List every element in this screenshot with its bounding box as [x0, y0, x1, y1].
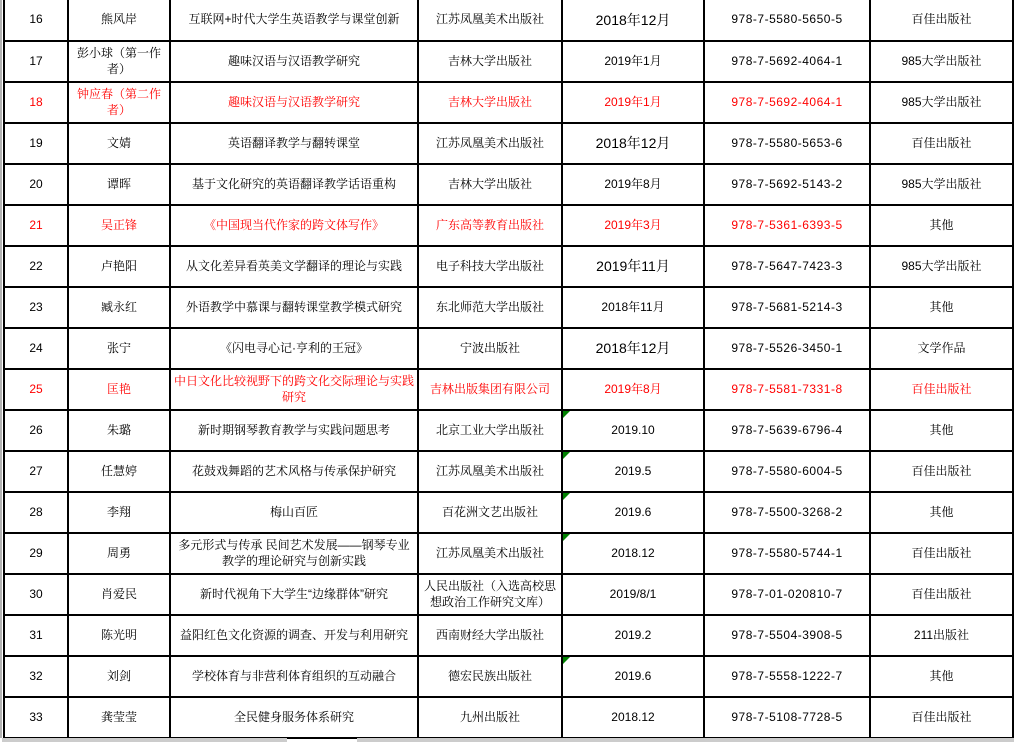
title-cell[interactable]: 益阳红色文化资源的调查、开发与利用研究: [170, 615, 418, 656]
author-cell[interactable]: 臧永红: [68, 287, 170, 328]
isbn-cell[interactable]: 978-7-5558-1222-7: [704, 656, 870, 697]
date-cell[interactable]: 2019.5: [562, 451, 704, 492]
publisher-cell[interactable]: 北京工业大学出版社: [418, 410, 562, 451]
date-cell[interactable]: 2019年3月: [562, 205, 704, 246]
error-indicator-triangle-icon: [563, 452, 570, 459]
publisher-cell[interactable]: 百花洲文艺出版社: [418, 492, 562, 533]
author-cell[interactable]: 刘剑: [68, 656, 170, 697]
table-row: 19 文婧 英语翻译教学与翻转课堂 江苏凤凰美术出版社 2018年12月 978…: [4, 123, 1013, 164]
table-row: 26 朱璐 新时期钢琴教育教学与实践问题思考 北京工业大学出版社 2019.10…: [4, 410, 1013, 451]
publisher-cell[interactable]: 江苏凤凰美术出版社: [418, 0, 562, 41]
category-cell[interactable]: 百佳出版社: [870, 574, 1013, 615]
author-cell[interactable]: 龚莹莹: [68, 697, 170, 738]
isbn-cell[interactable]: 978-7-5526-3450-1: [704, 328, 870, 369]
date-cell[interactable]: 2019年11月: [562, 246, 704, 287]
row-number-cell[interactable]: 27: [4, 451, 68, 492]
publisher-cell[interactable]: 吉林大学出版社: [418, 41, 562, 82]
date-cell[interactable]: 2019年1月: [562, 82, 704, 123]
spreadsheet-view: { "colors": { "text": "#000000", "highli…: [0, 0, 1014, 742]
author-cell[interactable]: 卢艳阳: [68, 246, 170, 287]
publisher-cell[interactable]: 吉林大学出版社: [418, 82, 562, 123]
row-number-cell[interactable]: 30: [4, 574, 68, 615]
title-cell[interactable]: 《闪电寻心记·亨利的王冠》: [170, 328, 418, 369]
isbn-cell[interactable]: 978-7-5692-5143-2: [704, 164, 870, 205]
isbn-cell[interactable]: 978-7-01-020810-7: [704, 574, 870, 615]
table-row: 23 臧永红 外语教学中慕课与翻转课堂教学模式研究 东北师范大学出版社 2018…: [4, 287, 1013, 328]
author-cell[interactable]: 谭晖: [68, 164, 170, 205]
author-cell[interactable]: 朱璐: [68, 410, 170, 451]
category-cell[interactable]: 211出版社: [870, 615, 1013, 656]
category-cell[interactable]: 百佳出版社: [870, 697, 1013, 738]
table-row: 24 张宁 《闪电寻心记·亨利的王冠》 宁波出版社 2018年12月 978-7…: [4, 328, 1013, 369]
category-cell[interactable]: 985大学出版社: [870, 164, 1013, 205]
category-cell[interactable]: 其他: [870, 410, 1013, 451]
date-cell[interactable]: 2019.2: [562, 615, 704, 656]
title-cell[interactable]: 趣味汉语与汉语教学研究: [170, 82, 418, 123]
row-number-cell[interactable]: 24: [4, 328, 68, 369]
publisher-cell[interactable]: 九州出版社: [418, 697, 562, 738]
title-cell[interactable]: 基于文化研究的英语翻译教学话语重构: [170, 164, 418, 205]
error-indicator-triangle-icon: [563, 493, 570, 500]
isbn-cell[interactable]: 978-7-5580-5650-5: [704, 0, 870, 41]
publisher-cell[interactable]: 吉林出版集团有限公司: [418, 369, 562, 410]
row-number-cell[interactable]: 16: [4, 0, 68, 41]
error-indicator-triangle-icon: [563, 534, 570, 541]
isbn-cell[interactable]: 978-7-5580-5744-1: [704, 533, 870, 574]
publisher-cell[interactable]: 宁波出版社: [418, 328, 562, 369]
row-number-cell[interactable]: 26: [4, 410, 68, 451]
table-row: 29 周勇 多元形式与传承 民间艺术发展——钢琴专业教学的理论研究与创新实践 江…: [4, 533, 1013, 574]
author-cell[interactable]: 熊风岸: [68, 0, 170, 41]
row-number-cell[interactable]: 29: [4, 533, 68, 574]
publisher-cell[interactable]: 广东高等教育出版社: [418, 205, 562, 246]
title-cell[interactable]: 多元形式与传承 民间艺术发展——钢琴专业教学的理论研究与创新实践: [170, 533, 418, 574]
table-row: 16 熊风岸 互联网+时代大学生英语教学与课堂创新 江苏凤凰美术出版社 2018…: [4, 0, 1013, 41]
title-cell[interactable]: 全民健身服务体系研究: [170, 697, 418, 738]
error-indicator-triangle-icon: [563, 411, 570, 418]
title-cell[interactable]: 新时代视角下大学生“边缘群体”研究: [170, 574, 418, 615]
title-cell[interactable]: 英语翻译教学与翻转课堂: [170, 123, 418, 164]
title-cell[interactable]: 花鼓戏舞蹈的艺术风格与传承保护研究: [170, 451, 418, 492]
row-number-cell[interactable]: 28: [4, 492, 68, 533]
isbn-cell[interactable]: 978-7-5580-5653-6: [704, 123, 870, 164]
title-cell[interactable]: 外语教学中慕课与翻转课堂教学模式研究: [170, 287, 418, 328]
publisher-cell[interactable]: 江苏凤凰美术出版社: [418, 451, 562, 492]
title-cell[interactable]: 趣味汉语与汉语教学研究: [170, 41, 418, 82]
isbn-cell[interactable]: 978-7-5504-3908-5: [704, 615, 870, 656]
row-number-cell[interactable]: 22: [4, 246, 68, 287]
table-row: 33 龚莹莹 全民健身服务体系研究 九州出版社 2018.12 978-7-51…: [4, 697, 1013, 738]
row-number-cell[interactable]: 25: [4, 369, 68, 410]
left-column-edge: [0, 0, 2, 738]
author-cell[interactable]: 任慧婷: [68, 451, 170, 492]
date-cell[interactable]: 2018年12月: [562, 328, 704, 369]
table-row: 20 谭晖 基于文化研究的英语翻译教学话语重构 吉林大学出版社 2019年8月 …: [4, 164, 1013, 205]
row-number-cell[interactable]: 23: [4, 287, 68, 328]
date-cell[interactable]: 2018年12月: [562, 0, 704, 41]
row-number-cell[interactable]: 33: [4, 697, 68, 738]
author-cell[interactable]: 陈光明: [68, 615, 170, 656]
isbn-cell[interactable]: 978-7-5692-4064-1: [704, 82, 870, 123]
category-cell[interactable]: 文学作品: [870, 328, 1013, 369]
row-number-cell[interactable]: 19: [4, 123, 68, 164]
row-number-cell[interactable]: 17: [4, 41, 68, 82]
publisher-cell[interactable]: 西南财经大学出版社: [418, 615, 562, 656]
date-cell[interactable]: 2019.10: [562, 410, 704, 451]
row-number-cell[interactable]: 20: [4, 164, 68, 205]
category-cell[interactable]: 其他: [870, 205, 1013, 246]
title-cell[interactable]: 梅山百匠: [170, 492, 418, 533]
title-cell[interactable]: 学校体育与非营利体育组织的互动融合: [170, 656, 418, 697]
category-cell[interactable]: 其他: [870, 287, 1013, 328]
date-cell[interactable]: 2018年12月: [562, 123, 704, 164]
date-cell[interactable]: 2018.12: [562, 697, 704, 738]
category-cell[interactable]: 985大学出版社: [870, 41, 1013, 82]
publisher-cell[interactable]: 人民出版社（入选高校思想政治工作研究文库）: [418, 574, 562, 615]
publisher-cell[interactable]: 江苏凤凰美术出版社: [418, 123, 562, 164]
author-cell[interactable]: 张宁: [68, 328, 170, 369]
date-cell[interactable]: 2018年11月: [562, 287, 704, 328]
table-row: 17 彭小球（第一作者） 趣味汉语与汉语教学研究 吉林大学出版社 2019年1月…: [4, 41, 1013, 82]
category-cell[interactable]: 百佳出版社: [870, 451, 1013, 492]
publications-table-body: 16 熊风岸 互联网+时代大学生英语教学与课堂创新 江苏凤凰美术出版社 2018…: [4, 0, 1013, 738]
next-row-partial-right: [357, 738, 1014, 742]
title-cell[interactable]: 从文化差异看英美文学翻译的理论与实践: [170, 246, 418, 287]
publisher-cell[interactable]: 吉林大学出版社: [418, 164, 562, 205]
publisher-cell[interactable]: 东北师范大学出版社: [418, 287, 562, 328]
category-cell[interactable]: 985大学出版社: [870, 246, 1013, 287]
next-row-partial-left: [2, 738, 287, 742]
isbn-cell[interactable]: 978-7-5500-3268-2: [704, 492, 870, 533]
isbn-cell[interactable]: 978-7-5580-6004-5: [704, 451, 870, 492]
publisher-cell[interactable]: 江苏凤凰美术出版社: [418, 533, 562, 574]
title-cell[interactable]: 中日文化比较视野下的跨文化交际理论与实践研究: [170, 369, 418, 410]
author-cell[interactable]: 周勇: [68, 533, 170, 574]
date-cell[interactable]: 2019.6: [562, 656, 704, 697]
author-cell[interactable]: 文婧: [68, 123, 170, 164]
author-cell[interactable]: 彭小球（第一作者）: [68, 41, 170, 82]
table-row: 25 匡艳 中日文化比较视野下的跨文化交际理论与实践研究 吉林出版集团有限公司 …: [4, 369, 1013, 410]
publications-table: 16 熊风岸 互联网+时代大学生英语教学与课堂创新 江苏凤凰美术出版社 2018…: [3, 0, 1014, 739]
row-number-cell[interactable]: 32: [4, 656, 68, 697]
category-cell[interactable]: 其他: [870, 656, 1013, 697]
row-number-cell[interactable]: 21: [4, 205, 68, 246]
isbn-cell[interactable]: 978-7-5647-7423-3: [704, 246, 870, 287]
error-indicator-triangle-icon: [563, 657, 570, 664]
category-cell[interactable]: 985大学出版社: [870, 82, 1013, 123]
isbn-cell[interactable]: 978-7-5581-7331-8: [704, 369, 870, 410]
date-cell[interactable]: 2019年1月: [562, 41, 704, 82]
date-cell[interactable]: 2019年8月: [562, 369, 704, 410]
category-cell[interactable]: 百佳出版社: [870, 123, 1013, 164]
isbn-cell[interactable]: 978-7-5361-6393-5: [704, 205, 870, 246]
table-row: 22 卢艳阳 从文化差异看英美文学翻译的理论与实践 电子科技大学出版社 2019…: [4, 246, 1013, 287]
table-row: 27 任慧婷 花鼓戏舞蹈的艺术风格与传承保护研究 江苏凤凰美术出版社 2019.…: [4, 451, 1013, 492]
author-cell[interactable]: 肖爱民: [68, 574, 170, 615]
table-row: 21 吴正锋 《中国现当代作家的跨文体写作》 广东高等教育出版社 2019年3月…: [4, 205, 1013, 246]
date-cell[interactable]: 2019/8/1: [562, 574, 704, 615]
date-cell[interactable]: 2019年8月: [562, 164, 704, 205]
category-cell[interactable]: 百佳出版社: [870, 369, 1013, 410]
title-cell[interactable]: 互联网+时代大学生英语教学与课堂创新: [170, 0, 418, 41]
author-cell[interactable]: 李翔: [68, 492, 170, 533]
table-row: 18 钟应春（第二作者） 趣味汉语与汉语教学研究 吉林大学出版社 2019年1月…: [4, 82, 1013, 123]
author-cell[interactable]: 吴正锋: [68, 205, 170, 246]
title-cell[interactable]: 《中国现当代作家的跨文体写作》: [170, 205, 418, 246]
category-cell[interactable]: 百佳出版社: [870, 533, 1013, 574]
isbn-cell[interactable]: 978-7-5639-6796-4: [704, 410, 870, 451]
date-cell[interactable]: 2019.6: [562, 492, 704, 533]
date-cell[interactable]: 2018.12: [562, 533, 704, 574]
table-row: 32 刘剑 学校体育与非营利体育组织的互动融合 德宏民族出版社 2019.6 9…: [4, 656, 1013, 697]
author-cell[interactable]: 匡艳: [68, 369, 170, 410]
table-row: 28 李翔 梅山百匠 百花洲文艺出版社 2019.6 978-7-5500-32…: [4, 492, 1013, 533]
category-cell[interactable]: 其他: [870, 492, 1013, 533]
title-cell[interactable]: 新时期钢琴教育教学与实践问题思考: [170, 410, 418, 451]
isbn-cell[interactable]: 978-7-5108-7728-5: [704, 697, 870, 738]
category-cell[interactable]: 百佳出版社: [870, 0, 1013, 41]
publisher-cell[interactable]: 电子科技大学出版社: [418, 246, 562, 287]
author-cell[interactable]: 钟应春（第二作者）: [68, 82, 170, 123]
table-row: 31 陈光明 益阳红色文化资源的调查、开发与利用研究 西南财经大学出版社 201…: [4, 615, 1013, 656]
isbn-cell[interactable]: 978-7-5692-4064-1: [704, 41, 870, 82]
row-number-cell[interactable]: 31: [4, 615, 68, 656]
table-row: 30 肖爱民 新时代视角下大学生“边缘群体”研究 人民出版社（入选高校思想政治工…: [4, 574, 1013, 615]
isbn-cell[interactable]: 978-7-5681-5214-3: [704, 287, 870, 328]
publisher-cell[interactable]: 德宏民族出版社: [418, 656, 562, 697]
row-number-cell[interactable]: 18: [4, 82, 68, 123]
